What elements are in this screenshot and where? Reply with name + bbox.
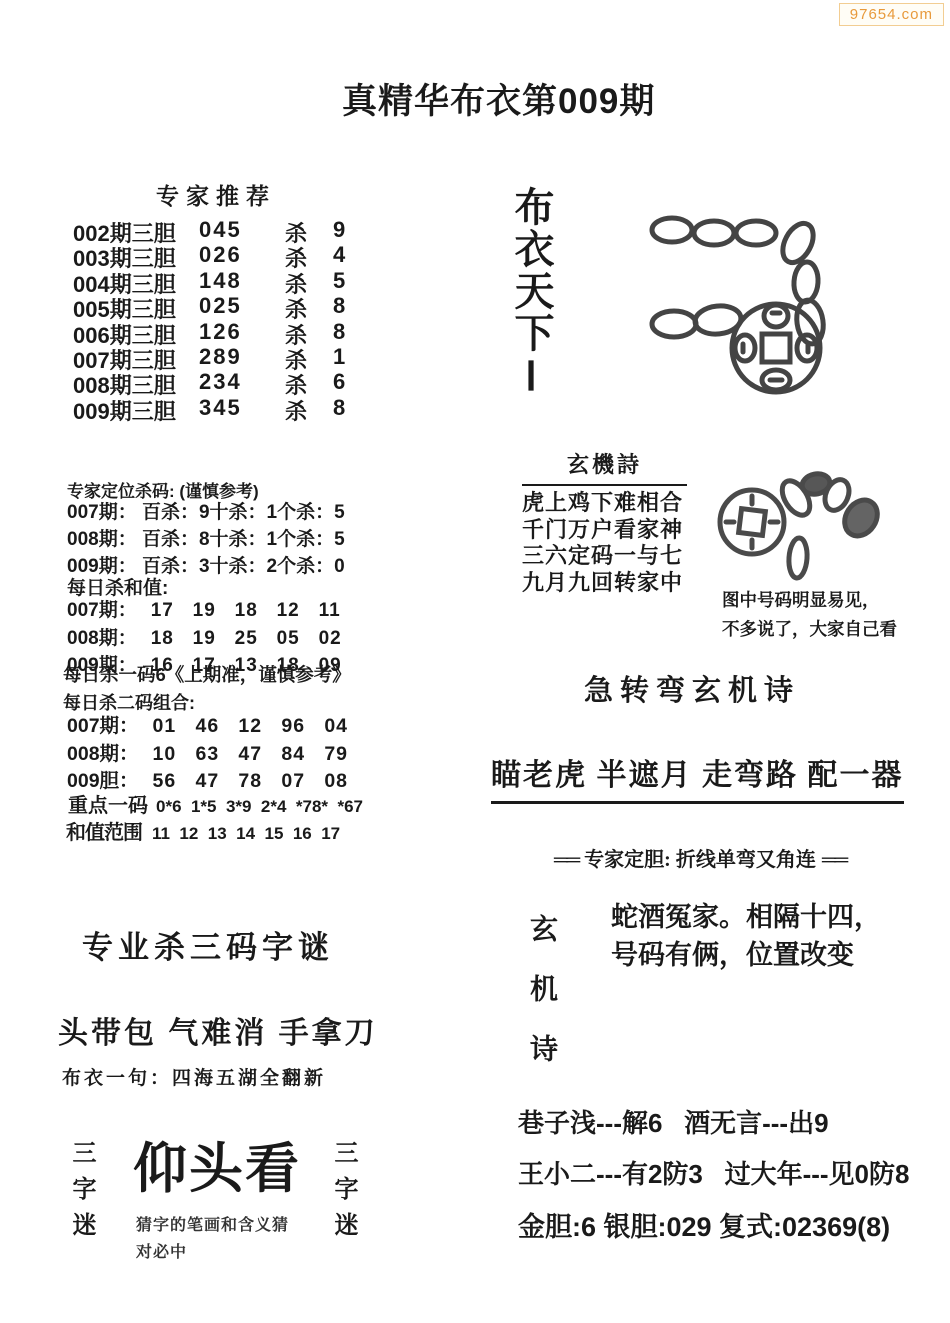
table-row: 008期三胆 234 杀 6 [73, 369, 345, 394]
row-period: 007期： [67, 713, 139, 741]
page-title: 真精华布衣第009期 [342, 74, 655, 124]
pair-kill-row: 008期： 10 63 47 84 79 [67, 741, 348, 769]
pair-kill-heading: 每日杀二码组合: [63, 689, 195, 715]
key-one-label: 重点一码 [68, 795, 148, 817]
row-dan: 045 [199, 217, 285, 243]
table-row: 003期三胆 026 杀 4 [73, 242, 345, 267]
solution-row-dan-summary: 金胆:6 银胆:029 复式:02369(8) [518, 1205, 909, 1244]
sum-range-values: 11 12 13 14 15 16 17 [152, 824, 340, 843]
table-row: 005期三胆 025 杀 8 [73, 293, 345, 318]
caption-line: 图中号码明显易见， [722, 586, 897, 615]
row-numbers: 10 63 47 84 79 [153, 741, 348, 769]
chain-links-with-coin-drawing [648, 210, 890, 398]
solution-row: 王小二---有2防3 过大年---见0防8 [518, 1154, 909, 1191]
buyi-tianxia-vertical-banner: 布衣天下Ⅰ [503, 186, 560, 402]
three-word-riddle-label-right: 三字迷 [326, 1140, 361, 1248]
row-period: 009期三胆 [73, 395, 199, 426]
image-caption: 图中号码明显易见， 不多说了，大家自己看 [722, 586, 897, 644]
sharp-turn-poem-title: 急转弯玄机诗 [584, 668, 800, 709]
poem-line: 虎上鸡下难相合 [522, 490, 687, 517]
xuanji2-poem-text: 蛇酒冤家。相隔十四， 号码有俩，位置改变 [611, 898, 881, 974]
row-period: 008期： [67, 741, 139, 769]
row-kill-value: 8 [333, 293, 345, 319]
row-numbers: 17 19 18 12 11 [151, 597, 341, 625]
daily-sum-row: 007期： 17 19 18 12 11 [67, 597, 342, 625]
row-kill-value: 6 [333, 369, 345, 395]
row-dan: 345 [199, 395, 285, 421]
poem-line: 三六定码一与七 [522, 543, 687, 570]
daily-sum-kill-heading: 每日杀和值: [67, 573, 168, 600]
table-row: 002期三胆 045 杀 9 [73, 217, 345, 242]
row-kill-value: 8 [333, 395, 345, 421]
expert-recommend-table: 002期三胆 045 杀 9 003期三胆 026 杀 4 004期三胆 148… [73, 217, 345, 420]
three-word-riddle-label-left: 三字迷 [64, 1140, 99, 1248]
table-row: 004期三胆 148 杀 5 [73, 268, 345, 293]
poem-line: 九月九回转家中 [522, 570, 687, 597]
kill-three-riddle-line: 头带包 气难消 手拿刀 [58, 1008, 378, 1052]
xuanji-poem-lines: 虎上鸡下难相合 千门万户看家神 三六定码一与七 九月九回转家中 [522, 490, 687, 596]
poem-line: 号码有俩，位置改变 [611, 936, 881, 974]
poem-line: 千门万户看家神 [522, 517, 687, 544]
riddle-solutions-block: 巷子浅---解6 酒无言---出9 王小二---有2防3 过大年---见0防8 … [518, 1103, 909, 1258]
daily-kill-one-line: 每日杀一码6《上期准，谨慎参考》 [63, 661, 351, 687]
row-numbers: 01 46 12 96 04 [153, 713, 348, 741]
row-period: 008期： [67, 625, 137, 653]
row-dan: 126 [199, 319, 285, 345]
row-dan: 234 [199, 369, 285, 395]
sum-range-label: 和值范围 [66, 822, 142, 844]
poem-line: 蛇酒冤家。相隔十四， [611, 898, 881, 936]
row-period: 007期： [67, 597, 137, 625]
solution-row: 巷子浅---解6 酒无言---出9 [518, 1103, 909, 1140]
key-one-values: 0*6 1*5 3*9 2*4 *78* *67 [156, 797, 363, 816]
three-word-riddle-answer: 仰头看 [133, 1126, 301, 1203]
expert-dan-banner: ══专家定胆: 折线单弯又角连══ [500, 843, 900, 872]
row-kill-value: 9 [333, 217, 345, 243]
kill-three-riddle-title: 专业杀三码字谜 [82, 922, 334, 967]
row-dan: 025 [199, 293, 285, 319]
sum-range-line: 和值范围11 12 13 14 15 16 17 [66, 816, 340, 845]
banner-decor-right: ══ [822, 849, 846, 871]
pair-kill-row: 007期： 01 46 12 96 04 [67, 713, 348, 741]
row-kill-value: 1 [333, 344, 345, 370]
xuanji2-vertical-title: 玄机诗 [522, 914, 562, 1094]
note-line: 猜字的笔画和含义猜 [136, 1212, 289, 1239]
banner-decor-left: ══ [554, 849, 578, 871]
row-kill-label: 杀 [285, 395, 333, 426]
row-numbers: 18 19 25 05 02 [151, 625, 342, 653]
table-row: 006期三胆 126 杀 8 [73, 319, 345, 344]
watermark-url: 97654.com [839, 3, 944, 26]
lottery-sheet-page: 97654.com 真精华布衣第009期 专家推荐 002期三胆 045 杀 9… [0, 0, 950, 1323]
row-dan: 289 [199, 344, 285, 370]
key-one-code-line: 重点一码0*6 1*5 3*9 2*4 *78* *67 [68, 789, 363, 818]
caption-line: 不多说了，大家自己看 [722, 615, 897, 644]
expert-dan-text: 专家定胆: 折线单弯又角连 [584, 849, 816, 871]
buyi-sentence: 布衣一句：四海五湖全翻新 [62, 1063, 326, 1090]
expert-recommend-heading: 专家推荐 [156, 178, 276, 211]
position-kill-row: 007期： 百杀：9十杀：1个杀：5 [67, 499, 345, 526]
table-row: 007期三胆 289 杀 1 [73, 344, 345, 369]
sharp-turn-poem-line: 瞄老虎 半遮月 走弯路 配一器 [491, 750, 904, 804]
position-kill-rows: 007期： 百杀：9十杀：1个杀：5 008期： 百杀：8十杀：1个杀：5 00… [67, 499, 345, 580]
row-dan: 148 [199, 268, 285, 294]
row-kill-value: 5 [333, 268, 345, 294]
table-row: 009期三胆 345 杀 8 [73, 395, 345, 420]
daily-sum-row: 008期： 18 19 25 05 02 [67, 625, 342, 653]
xuanji-poem-block: 玄機詩 虎上鸡下难相合 千门万户看家神 三六定码一与七 九月九回转家中 [522, 448, 687, 596]
row-kill-value: 4 [333, 242, 345, 268]
coin-with-chain-drawing [712, 460, 892, 586]
three-word-riddle-note: 猜字的笔画和含义猜 对必中 [136, 1212, 289, 1266]
note-line: 对必中 [136, 1239, 289, 1266]
row-dan: 026 [199, 242, 285, 268]
xuanji-poem-title: 玄機詩 [522, 448, 687, 486]
pair-kill-rows: 007期： 01 46 12 96 04 008期： 10 63 47 84 7… [67, 713, 348, 796]
position-kill-row: 008期： 百杀：8十杀：1个杀：5 [67, 526, 345, 553]
row-kill-value: 8 [333, 319, 345, 345]
